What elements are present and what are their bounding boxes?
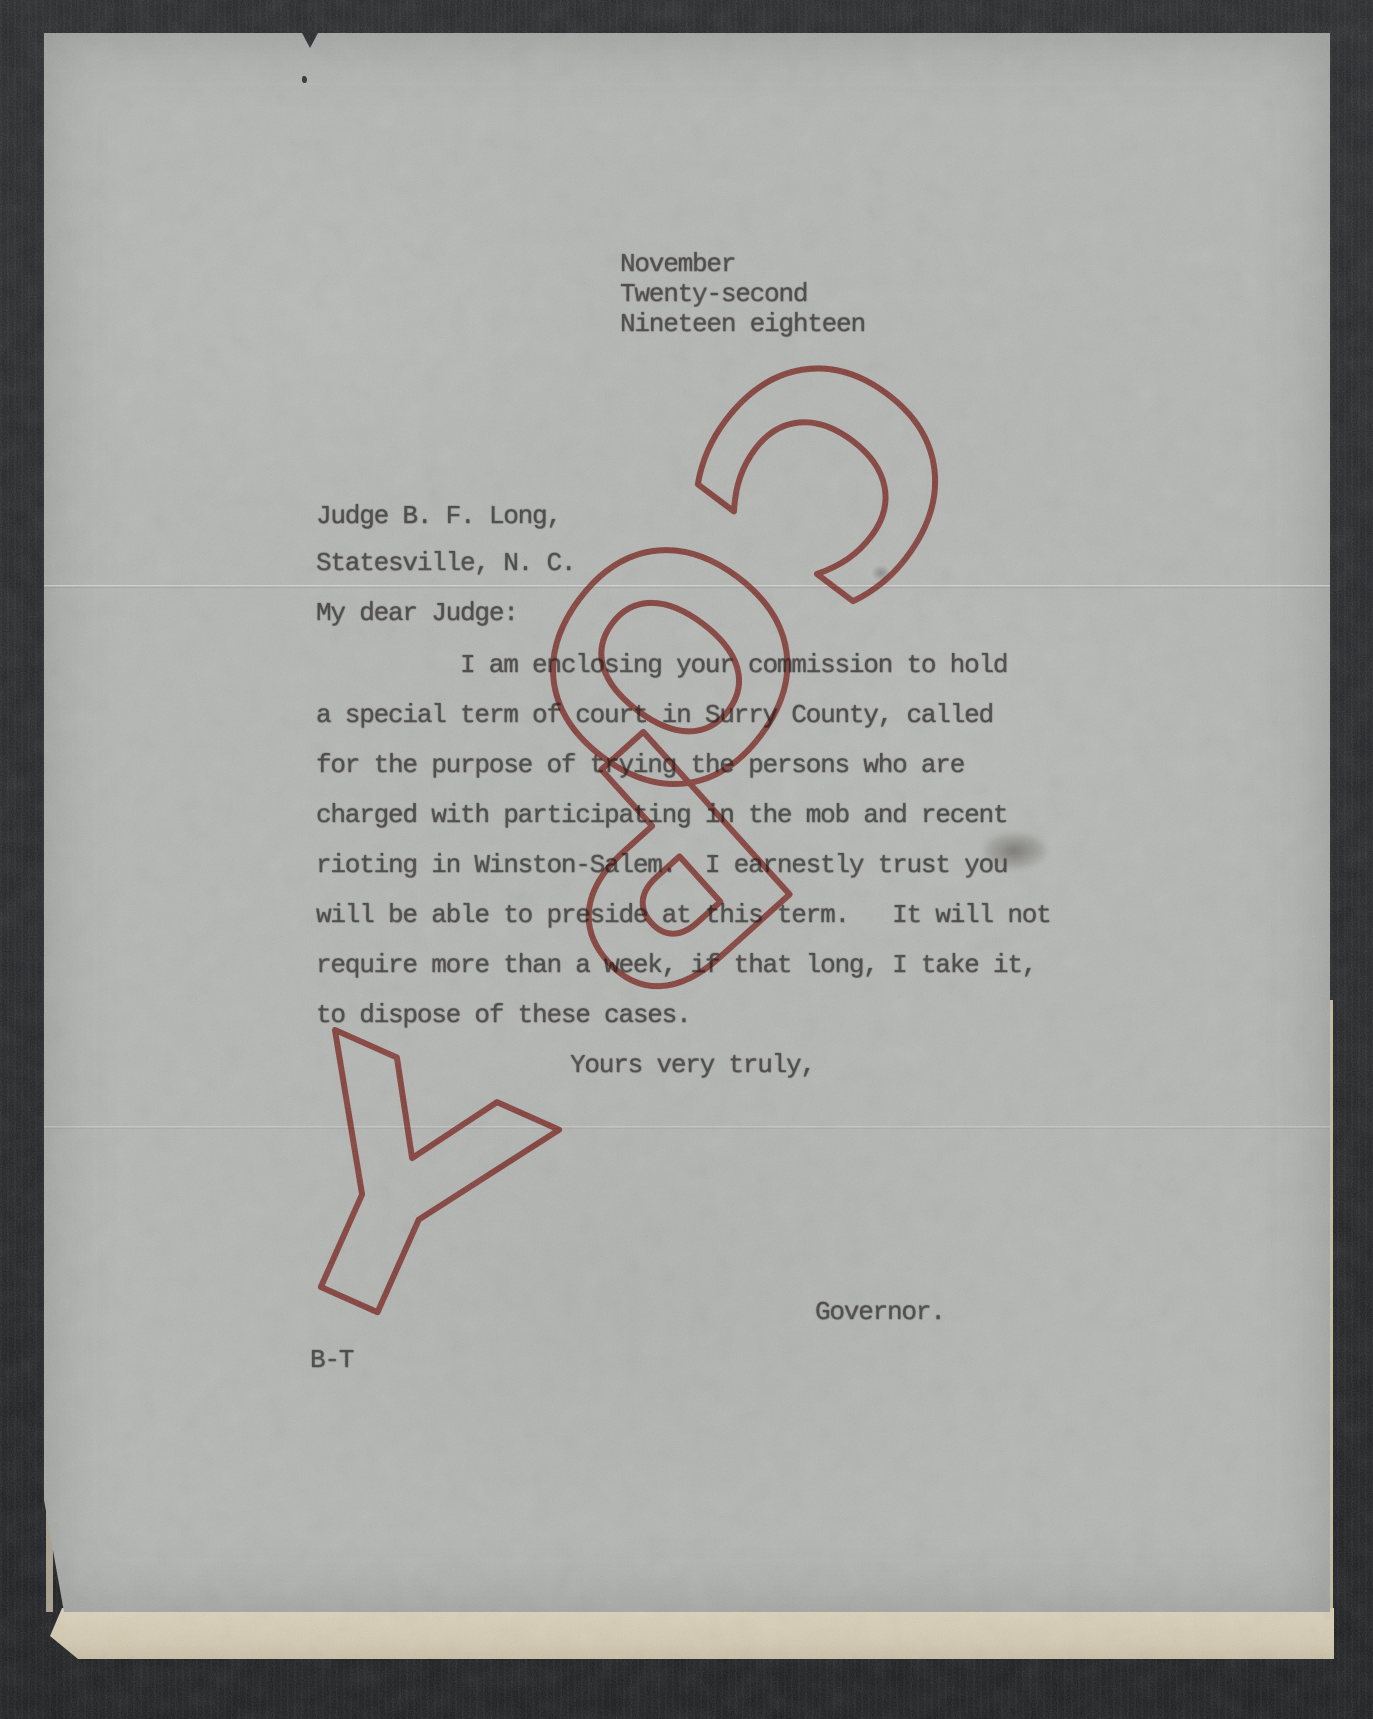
salutation: My dear Judge: <box>316 600 518 627</box>
paper-blemish <box>868 562 894 584</box>
backing-sheet-bottom-edge <box>50 1608 1334 1659</box>
signature-title: Governor. <box>815 1299 945 1326</box>
closing: Yours very truly, <box>570 1052 815 1079</box>
date-line-day: Twenty-second <box>620 281 807 308</box>
body-line-8: to dispose of these cases. <box>316 1002 690 1029</box>
date-line-year: Nineteen eighteen <box>620 311 865 338</box>
typist-initials: B-T <box>310 1347 353 1374</box>
body-line-4: charged with participating in the mob an… <box>316 802 1007 829</box>
body-line-5: rioting in Winston-Salem. I earnestly tr… <box>316 852 1007 879</box>
recipient-address: Statesville, N. C. <box>316 550 575 577</box>
body-line-7: require more than a week, if that long, … <box>316 952 1036 979</box>
ink-smudge <box>982 832 1048 870</box>
body-line-6: will be able to preside at this term. It… <box>316 902 1051 929</box>
body-line-1: I am enclosing your commission to hold <box>460 652 1007 679</box>
recipient-name: Judge B. F. Long, <box>316 503 561 530</box>
body-line-2: a special term of court in Surry County,… <box>316 702 993 729</box>
body-line-3: for the purpose of trying the persons wh… <box>316 752 964 779</box>
ink-speck <box>302 76 307 83</box>
date-line-month: November <box>620 251 735 278</box>
scanned-letter-page: November Twenty-second Nineteen eighteen… <box>0 0 1373 1719</box>
